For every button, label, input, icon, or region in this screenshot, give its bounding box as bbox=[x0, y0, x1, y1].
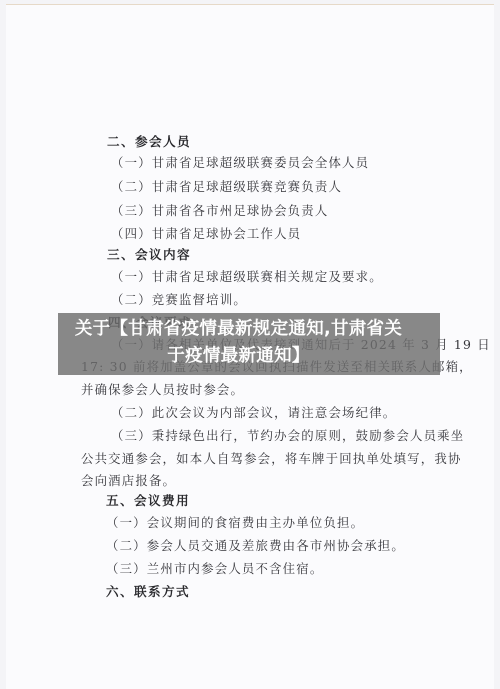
list-item: （一）甘肃省足球超级联赛委员会全体人员 bbox=[111, 153, 369, 171]
list-item: 并确保参会人员按时参会。 bbox=[81, 380, 244, 398]
list-item: （三）秉持绿色出行，节约办会的原则，鼓励参会人员乘坐 bbox=[111, 426, 464, 444]
section-heading-fees: 五、会议费用 bbox=[106, 490, 190, 509]
list-item: （一）会议期间的食宿费由主办单位负担。 bbox=[106, 513, 364, 531]
list-item: （三）兰州市内参会人员不含住宿。 bbox=[106, 559, 323, 577]
list-item: （三）甘肃省各市州足球协会负责人 bbox=[111, 201, 328, 219]
list-item: （二）此次会议为内部会议，请注意会场纪律。 bbox=[111, 403, 396, 421]
list-item: （二）参会人员交通及差旅费由各市州协会承担。 bbox=[106, 536, 405, 554]
article-title: 关于【甘肃省疫情最新规定通知,甘肃省关于疫情最新通知】 bbox=[66, 316, 411, 370]
list-item: 会向酒店报备。 bbox=[81, 471, 176, 489]
section-heading-participants: 二、参会人员 bbox=[107, 131, 191, 150]
list-item: （四）甘肃省足球协会工作人员 bbox=[111, 224, 301, 242]
section-heading-contact: 六、联系方式 bbox=[106, 581, 190, 600]
list-item: 公共交通参会，如本人自驾参会，将车牌于回执单处填写，我协 bbox=[81, 449, 462, 467]
list-item: （一）甘肃省足球超级联赛相关规定及要求。 bbox=[111, 267, 383, 285]
section-heading-content: 三、会议内容 bbox=[107, 244, 191, 263]
list-item: （二）甘肃省足球超级联赛竞赛负责人 bbox=[111, 177, 342, 195]
list-item: （二）竞赛监督培训。 bbox=[111, 290, 247, 308]
